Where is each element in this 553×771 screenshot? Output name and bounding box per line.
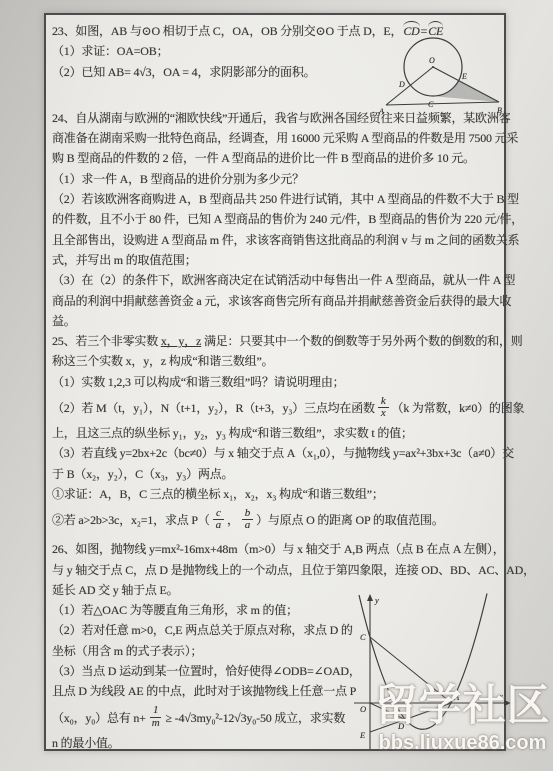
fraction-numerator: 1 bbox=[150, 705, 161, 718]
p24-line-6: 的件数，且不小于 80 件，已知 A 型商品的售价为 240 元/件，B 型商品… bbox=[52, 209, 504, 229]
p25-line-4: （2）若 M（t，y₁），N（t+1，y₂），R（t+3，y₃）三点均在函数 k… bbox=[52, 392, 504, 423]
p24-line-11: 益。 bbox=[52, 311, 504, 331]
label-c: C bbox=[360, 632, 366, 642]
segment-ae-extended bbox=[370, 703, 452, 732]
p26-line9-pre: （x₀，y₀）总有 n+ bbox=[52, 709, 146, 726]
p25-line-3: （1）实数 1,2,3 可以构成“和谐三数组”吗？请说明理由； bbox=[52, 372, 504, 392]
fraction-denominator: a bbox=[242, 520, 253, 532]
problem-25: 25、若三个非零实数 x，y，z 满足：只要其中一个数的倒数等于另外两个数的倒数… bbox=[52, 331, 504, 535]
p25-line9-pre: ②若 a>2b>3c，x₂=1，求点 P（ bbox=[52, 511, 210, 528]
scanned-exam-photo: { "watermark": { "title": "留学社区", "url":… bbox=[0, 0, 553, 771]
p25-line4-post: （k 为常数，k≠0）的图象 bbox=[392, 399, 525, 416]
fraction-denominator: x bbox=[378, 408, 389, 420]
label-x-axis: x bbox=[498, 691, 503, 701]
p25-line1-pre: 25、若三个非零实数 bbox=[52, 334, 161, 348]
p24-line-8: 式，并写出 m 的取值范围； bbox=[52, 250, 504, 270]
paper-frame: 23、如图，AB 与⊙O 相切于点 C，OA，OB 分别交⊙O 于点 D，E，C… bbox=[44, 13, 506, 751]
radius-line-oa bbox=[386, 67, 433, 105]
p24-line-10: 商品的利润中捐献慈善资金 a 元，求该客商售完所有商品并捐献慈善资金后获得的最大… bbox=[52, 291, 504, 311]
p25-line-9: ②若 a>2b>3c，x₂=1，求点 P（ ca ， ba ）与原点 O 的距离… bbox=[52, 504, 504, 535]
p24-line-5: （2）若该欧洲客商购进 A，B 型商品共 250 件进行试销，其中 A 型商品的… bbox=[52, 189, 504, 209]
p24-line-1: 24、自从湖南与欧洲的“湘欧快线”开通后，我省与欧洲各国经贸往来日益频繁，某欧洲… bbox=[52, 108, 504, 128]
figure-parabola: y x C O B A D E bbox=[350, 591, 514, 753]
tangent-line-ab bbox=[386, 102, 499, 105]
parabola-curve bbox=[359, 594, 487, 730]
fraction-1-over-m: 1m bbox=[149, 705, 163, 729]
label-e: E bbox=[359, 730, 366, 740]
p24-line-4: （1）求一件 A，B 型商品的进价分别为多少元？ bbox=[52, 169, 504, 189]
p26-line-2: 与 y 轴交于点 C，点 D 是抛物线上的一个动点，且位于第四象限，连接 OD、… bbox=[52, 560, 504, 580]
problem-24: 24、自从湖南与欧洲的“湘欧快线”开通后，我省与欧洲各国经贸往来日益频繁，某欧洲… bbox=[52, 108, 504, 331]
p26-line-1: 26、如图，抛物线 y=mx²-16mx+48m（m>0）与 x 轴交于 A,B… bbox=[52, 539, 504, 559]
p25-line-5: 上，且这三点的纵坐标 y₁，y₂，y₃ 构成“和谐三数组”，求实数 t 的值； bbox=[52, 423, 504, 443]
fraction-c-over-a: ca bbox=[213, 508, 224, 532]
label-y-axis: y bbox=[374, 595, 379, 605]
p24-line-2: 商准备在湖南采购一批特色商品，经调查，用 16000 元采购 A 型商品的件数是… bbox=[52, 128, 504, 148]
segment-ca bbox=[370, 637, 452, 703]
p25-line9-post: ）与原点 O 的距离 OP 的取值范围。 bbox=[256, 511, 444, 528]
label-a: A bbox=[453, 692, 460, 702]
label-e: E bbox=[461, 72, 467, 81]
fraction-denominator: m bbox=[149, 718, 163, 730]
p25-underlined-xyz: x，y，z bbox=[161, 334, 201, 348]
fraction-k-over-x: kx bbox=[378, 396, 389, 420]
p24-line-9: （3）在（2）的条件下，欧洲客商决定在试销活动中每售出一件 A 型商品，就从一件… bbox=[52, 270, 504, 290]
p25-line-1: 25、若三个非零实数 x，y，z 满足：只要其中一个数的倒数等于另外两个数的倒数… bbox=[52, 331, 504, 351]
fraction-b-over-a: ba bbox=[242, 508, 253, 532]
p25-line1-post: 满足：只要其中一个数的倒数等于另外两个数的倒数的和，则 bbox=[201, 334, 522, 348]
label-b: B bbox=[388, 692, 393, 702]
p24-line-7: 且全部售出，设购进 A 型商品 m 件，求该客商销售这批商品的利润 v 与 m … bbox=[52, 230, 504, 250]
p24-line-3: 购 B 型商品的件数的 2 倍，一件 A 型商品的进价比一件 B 型商品的进价多… bbox=[52, 148, 504, 168]
y-axis-arrow bbox=[367, 594, 373, 601]
label-d: D bbox=[397, 721, 405, 731]
p25-line-7: 于 B（x₂，y₂），C（x₃，y₃）两点。 bbox=[52, 464, 504, 484]
p25-line4-pre: （2）若 M（t，y₁），N（t+1，y₂），R（t+3，y₃）三点均在函数 bbox=[52, 399, 375, 416]
center-dot bbox=[432, 66, 434, 68]
p23-line1-text: 23、如图，AB 与⊙O 相切于点 C，OA，OB 分别交⊙O 于点 D，E， bbox=[52, 24, 402, 38]
fraction-denominator: a bbox=[213, 520, 224, 532]
label-o: O bbox=[429, 56, 435, 65]
p26-line9-post: ≥ -4√3my₀²-12√3y₀-50 成立，求实数 bbox=[166, 709, 346, 726]
p25-line-6: （3）若直线 y=2bx+2c（bc≠0）与 x 轴交于点 A（x₁,0），与抛… bbox=[52, 443, 504, 463]
figure-circle-tangent: O D E A C B bbox=[378, 31, 504, 119]
p25-line-2: 称这三个实数 x，y，z 构成“和谐三数组”。 bbox=[52, 351, 504, 371]
x-axis-arrow bbox=[504, 700, 511, 706]
p25-line9-comma: ， bbox=[227, 511, 239, 528]
p25-line-8: ①求证：A，B，C 三点的横坐标 x₁，x₂，x₃ 构成“和谐三数组”； bbox=[52, 484, 504, 504]
label-d: D bbox=[398, 80, 405, 89]
label-o: O bbox=[360, 704, 366, 714]
